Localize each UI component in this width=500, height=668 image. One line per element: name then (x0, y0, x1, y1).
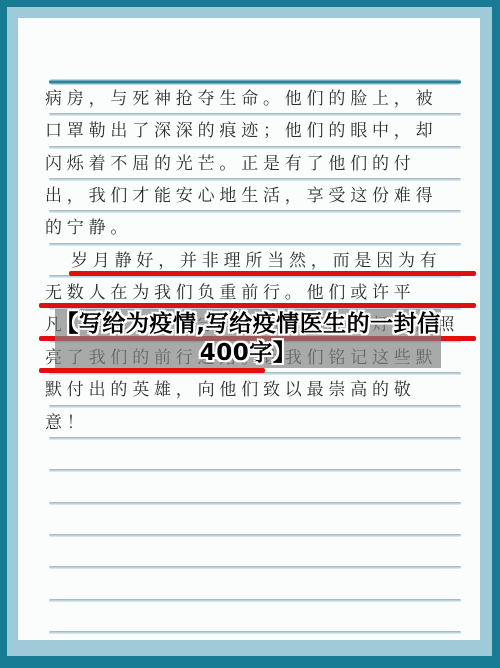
red-underline (69, 271, 476, 276)
ruled-line (49, 113, 461, 116)
caption-line-1: 【写给为疫情,写给疫情医生的一封信 (55, 310, 440, 339)
caption-overlay: 【写给为疫情,写给疫情医生的一封信 400字】 (51, 307, 445, 370)
notebook-paper: 【写给为疫情,写给疫情医生的一封信 400字】 病房，与死神抢夺生命。他们的脸上… (18, 18, 480, 640)
handwriting-row: 病房，与死神抢夺生命。他们的脸上，被 (45, 88, 437, 112)
ruled-line (49, 502, 461, 505)
ruled-line (49, 469, 461, 472)
ruled-line (49, 437, 461, 440)
ruled-line-header (49, 79, 461, 85)
handwriting-row: 默付出的英雄，向他们致以最崇高的敬 (45, 379, 416, 403)
ruled-line (49, 178, 461, 181)
photo-frame-inner: 【写给为疫情,写给疫情医生的一封信 400字】 病房，与死神抢夺生命。他们的脸上… (7, 7, 492, 656)
handwriting-row: 出，我们才能安心地生活，享受这份难得 (45, 185, 437, 209)
ruled-line (49, 534, 461, 537)
handwriting-row: 的宁静。 (45, 217, 132, 241)
handwriting-row: 闪烁着不屈的光芒。正是有了他们的付 (45, 153, 416, 177)
ruled-line (49, 631, 461, 634)
handwriting-row: 口罩勒出了深深的痕迹；他们的眼中，却 (45, 120, 437, 144)
handwriting-row: 意！ (45, 412, 89, 436)
ruled-line (49, 566, 461, 569)
ruled-line (49, 210, 461, 213)
ruled-line (49, 243, 461, 246)
photo-frame-outer: 【写给为疫情,写给疫情医生的一封信 400字】 病房，与死神抢夺生命。他们的脸上… (0, 0, 500, 668)
caption-line-2: 400字】 (200, 339, 297, 368)
ruled-line (49, 599, 461, 602)
ruled-line (49, 146, 461, 149)
ruled-line (49, 405, 461, 408)
